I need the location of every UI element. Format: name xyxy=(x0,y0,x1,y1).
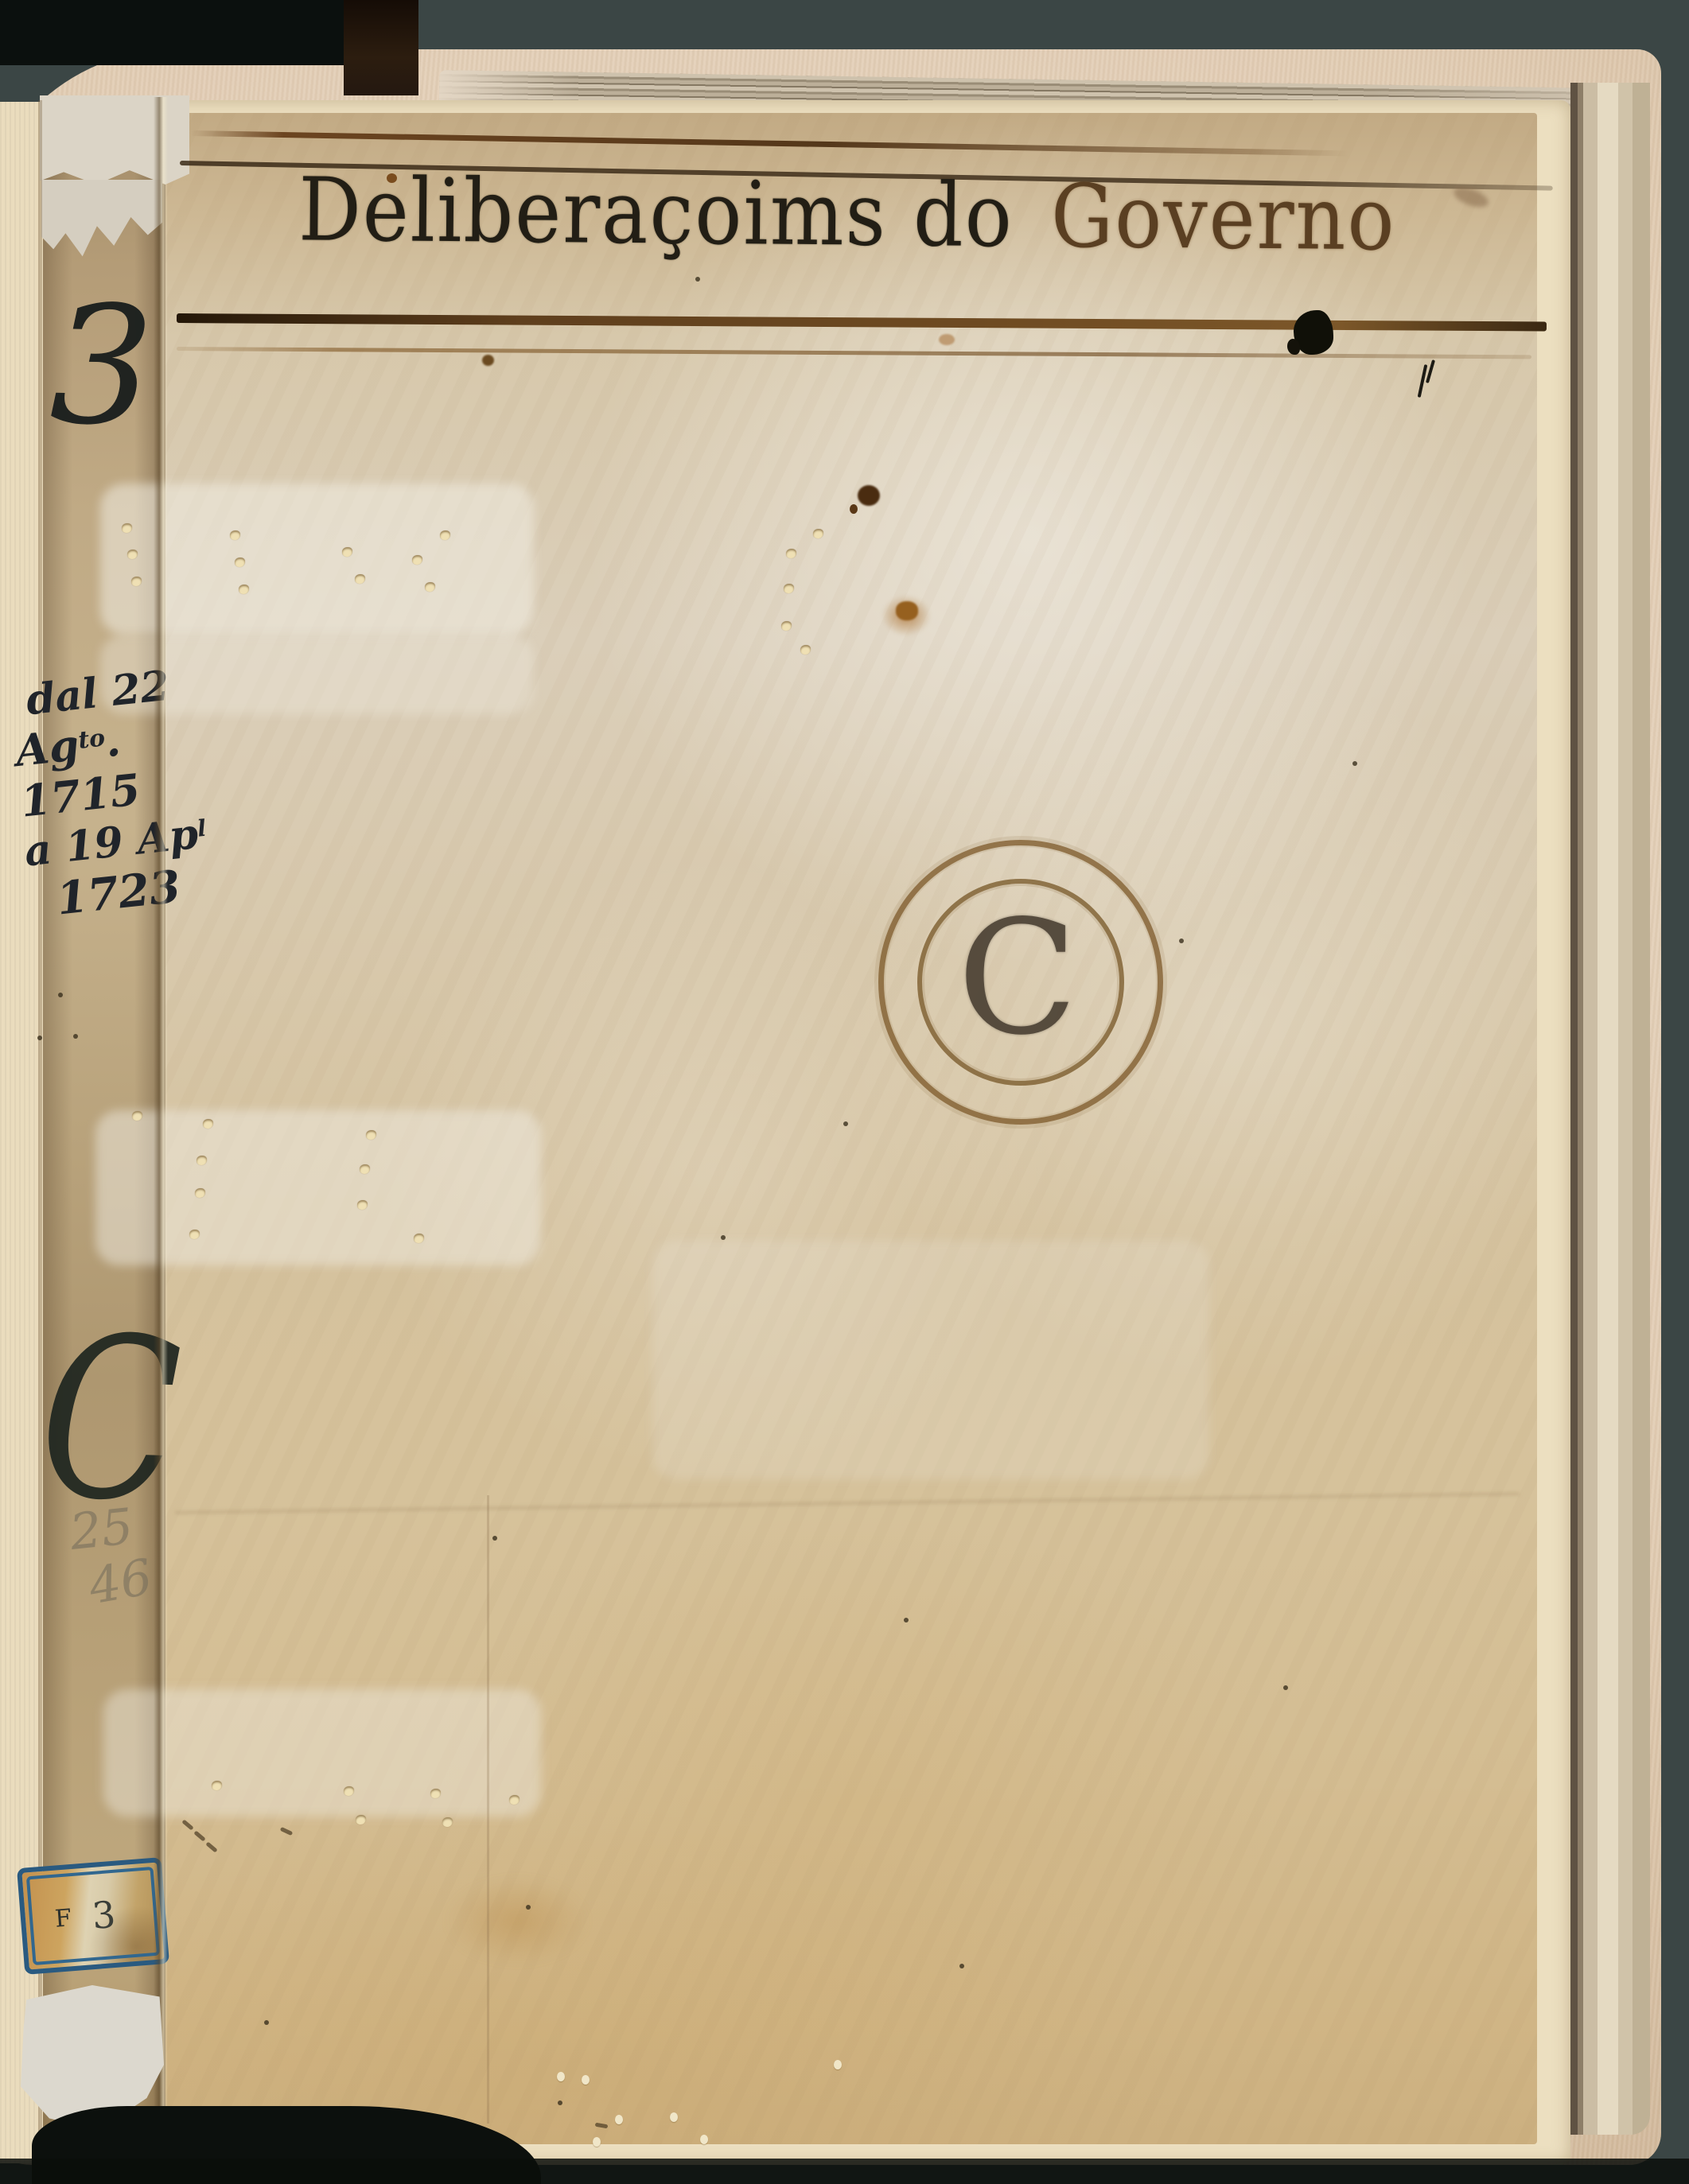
ink-blot xyxy=(1294,310,1333,355)
cover-title: Deliberaçoims do Governo xyxy=(170,158,1524,272)
spine-volume-number: 3 xyxy=(37,271,167,463)
ink-mark xyxy=(1418,359,1437,407)
pencil-mark: 46 xyxy=(84,1548,156,1616)
stain xyxy=(896,601,918,620)
page-block-fore-edge xyxy=(1570,83,1650,2135)
shelf-label: F 3 xyxy=(17,1857,169,1975)
worn-patch xyxy=(103,1689,541,1817)
stain xyxy=(858,485,880,506)
shadow xyxy=(0,2159,1689,2184)
stain xyxy=(850,504,858,514)
worn-patch xyxy=(652,1241,1209,1479)
manuscript-scan: Deliberaçoims do Governo C 3 dal 22 Agto… xyxy=(0,0,1689,2184)
circular-stamp: C xyxy=(878,840,1163,1125)
stamp-letter: C xyxy=(957,886,1078,1070)
background-corner xyxy=(0,0,345,65)
date-line-2: Agto. 1715 xyxy=(14,708,204,828)
shelf-label-number: 3 xyxy=(91,1893,117,1937)
stain xyxy=(939,334,955,345)
adjacent-book-spine xyxy=(344,0,418,95)
stain xyxy=(482,355,494,366)
cover-title-faded: Governo xyxy=(1050,166,1396,270)
stain xyxy=(387,173,397,183)
stain xyxy=(446,1877,589,1964)
flyleaf-edge xyxy=(0,102,43,2163)
shelf-label-inner: F 3 xyxy=(26,1867,160,1965)
spine-fold xyxy=(154,97,168,2165)
cover-title-dark: Deliberaçoims do xyxy=(298,160,1014,268)
shelf-label-letter: F xyxy=(54,1904,73,1933)
spine-date-label: dal 22 Agto. 1715 a 19 Apl 1723 xyxy=(6,659,215,929)
fold-crease xyxy=(487,1495,489,2124)
